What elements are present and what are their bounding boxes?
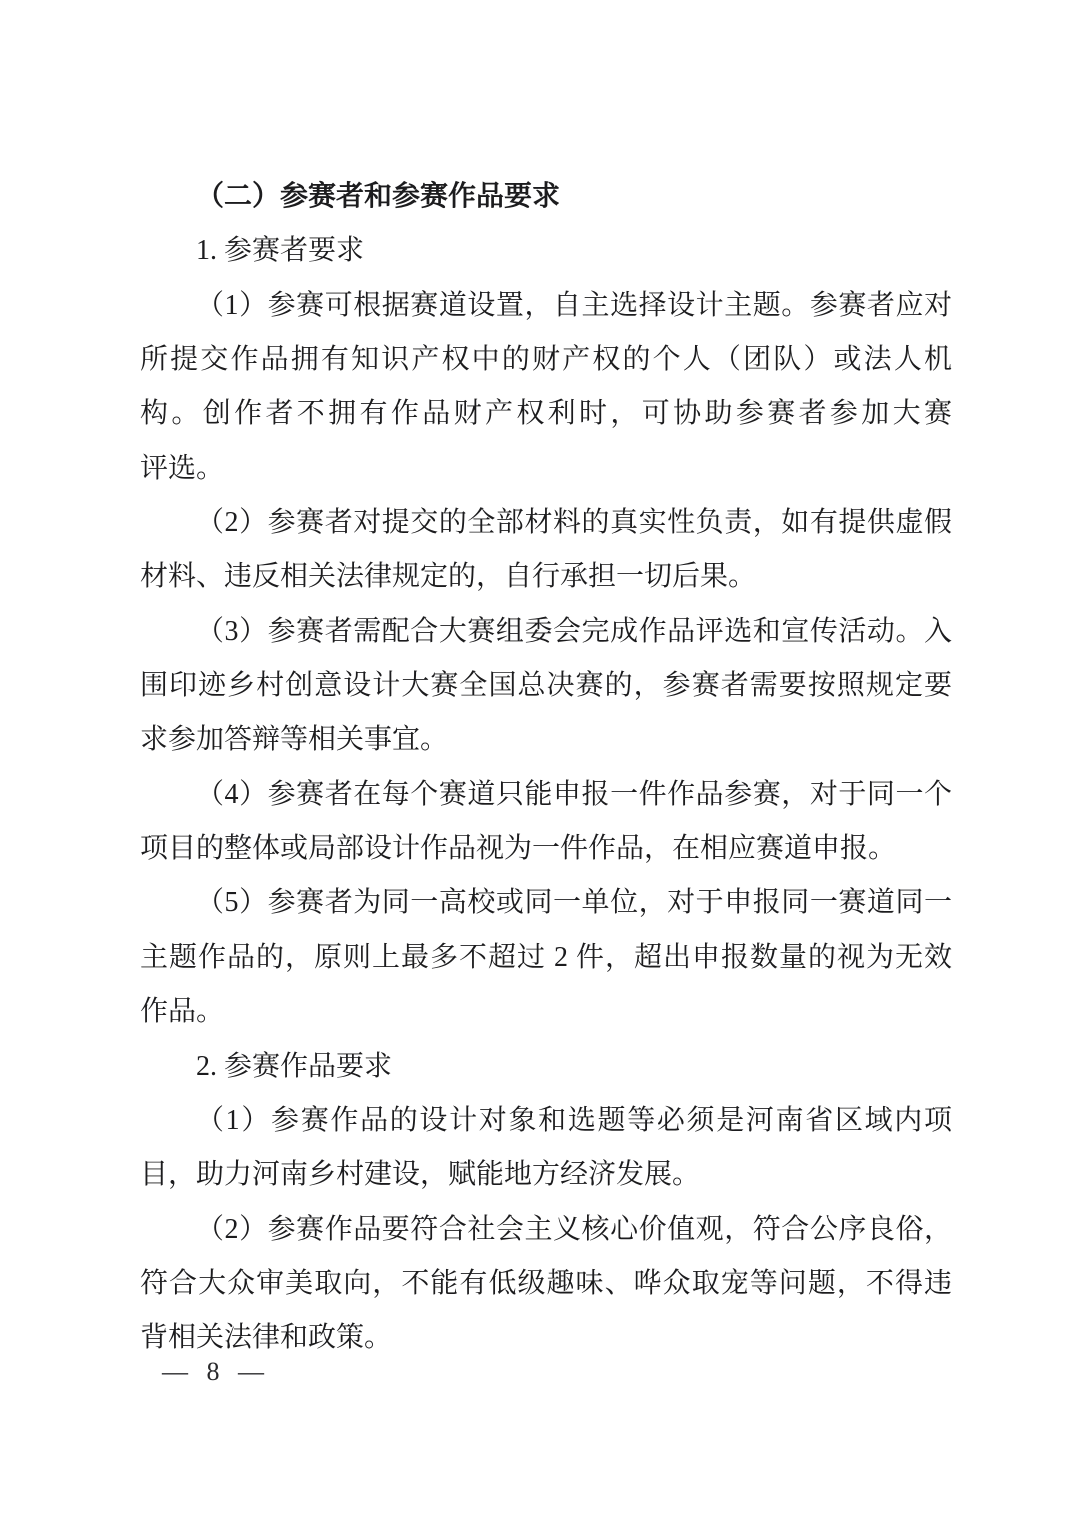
- text-line: 项目的整体或局部设计作品视为一件作品，在相应赛道申报。: [140, 822, 952, 876]
- document-page: （二）参赛者和参赛作品要求1. 参赛者要求（1）参赛可根据赛道设置，自主选择设计…: [0, 0, 1080, 1527]
- text-line: 构。创作者不拥有作品财产权利时，可协助参赛者参加大赛: [140, 387, 952, 441]
- text-line: 主题作品的，原则上最多不超过 2 件，超出申报数量的视为无效: [140, 931, 952, 985]
- page-number: — 8 —: [162, 1356, 270, 1388]
- document-body: （二）参赛者和参赛作品要求1. 参赛者要求（1）参赛可根据赛道设置，自主选择设计…: [140, 170, 952, 1366]
- text-line: 材料、违反相关法律规定的，自行承担一切后果。: [140, 550, 952, 604]
- text-line: 2. 参赛作品要求: [140, 1040, 952, 1094]
- text-line: （3）参赛者需配合大赛组委会完成作品评选和宣传活动。入: [140, 605, 952, 659]
- text-line: 作品。: [140, 985, 952, 1039]
- text-line: 1. 参赛者要求: [140, 224, 952, 278]
- text-line: （2）参赛作品要符合社会主义核心价值观，符合公序良俗，: [140, 1203, 952, 1257]
- section-heading-line: （二）参赛者和参赛作品要求: [140, 170, 952, 224]
- text-line: （1）参赛作品的设计对象和选题等必须是河南省区域内项: [140, 1094, 952, 1148]
- text-line: 求参加答辩等相关事宜。: [140, 713, 952, 767]
- text-line: 评选。: [140, 442, 952, 496]
- text-line: （2）参赛者对提交的全部材料的真实性负责，如有提供虚假: [140, 496, 952, 550]
- text-line: （4）参赛者在每个赛道只能申报一件作品参赛，对于同一个: [140, 768, 952, 822]
- text-line: 目，助力河南乡村建设，赋能地方经济发展。: [140, 1148, 952, 1202]
- text-line: 符合大众审美取向，不能有低级趣味、哗众取宠等问题，不得违: [140, 1257, 952, 1311]
- text-line: 围印迹乡村创意设计大赛全国总决赛的，参赛者需要按照规定要: [140, 659, 952, 713]
- text-line: （1）参赛可根据赛道设置，自主选择设计主题。参赛者应对: [140, 279, 952, 333]
- text-line: （5）参赛者为同一高校或同一单位，对于申报同一赛道同一: [140, 876, 952, 930]
- text-line: 所提交作品拥有知识产权中的财产权的个人（团队）或法人机: [140, 333, 952, 387]
